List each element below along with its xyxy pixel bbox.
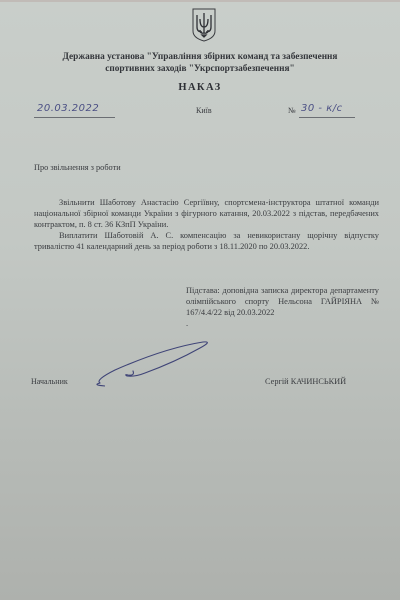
signer-position: Начальник: [31, 377, 68, 386]
date-field: 20.03.2022: [34, 103, 115, 118]
coat-of-arms-icon: [191, 7, 217, 42]
city: Київ: [196, 106, 212, 115]
handwritten-order-number: 30 - к/с: [301, 103, 343, 114]
order-subject: Про звільнення з роботи: [34, 163, 121, 172]
document-page: Державна установа "Управління збірних ко…: [0, 0, 400, 600]
paper-edge: [0, 0, 400, 2]
organization-name: Державна установа "Управління збірних ко…: [40, 51, 360, 75]
signer-name: Сергій КАЧИНСЬКИЙ: [265, 377, 346, 386]
organization-line-1: Державна установа "Управління збірних ко…: [40, 51, 360, 63]
organization-line-2: спортивних заходів "Укрспортзабезпечення…: [40, 63, 360, 75]
number-label: №: [288, 106, 296, 115]
paragraph-compensation: Виплатити Шаботовій А. С. компенсацію за…: [34, 230, 379, 252]
basis-text: Підстава: доповідна записка директора де…: [186, 286, 379, 317]
order-number-field: 30 - к/с: [299, 103, 355, 118]
handwritten-date: 20.03.2022: [37, 103, 99, 114]
order-basis: Підстава: доповідна записка директора де…: [186, 285, 379, 329]
order-body: Звільнити Шаботову Анастасію Сергіївну, …: [34, 197, 379, 252]
paragraph-dismissal: Звільнити Шаботову Анастасію Сергіївну, …: [34, 197, 379, 230]
basis-trailing-mark: .: [186, 318, 379, 329]
document-title: НАКАЗ: [0, 82, 400, 93]
